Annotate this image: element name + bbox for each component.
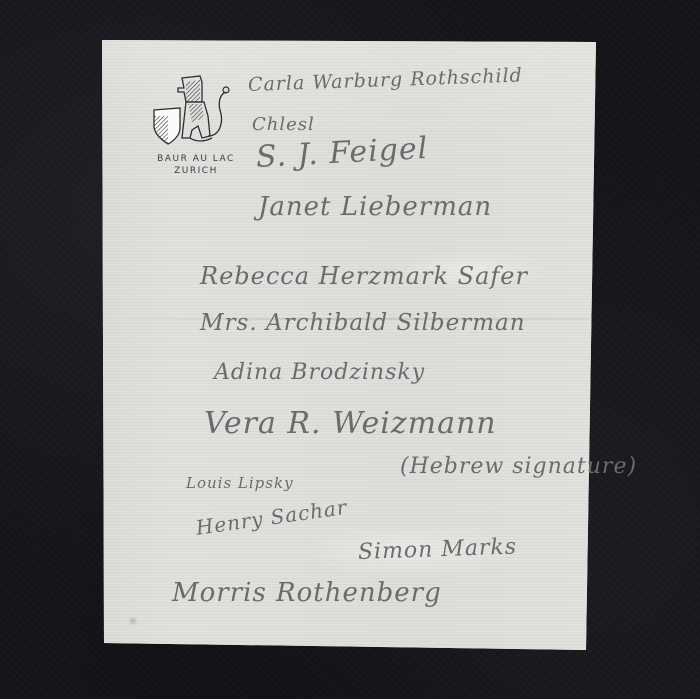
- signature: Morris Rothenberg: [172, 578, 442, 608]
- signature: Chlesl: [252, 114, 315, 135]
- hebrew-signature: (Hebrew signature): [400, 454, 637, 479]
- signature: Louis Lipsky: [186, 474, 294, 492]
- signature: Mrs. Archibald Silberman: [200, 310, 526, 336]
- signature: Vera R. Weizmann: [204, 406, 497, 441]
- hotel-name: BAUR AU LAC: [146, 154, 246, 164]
- signature: Janet Lieberman: [258, 192, 492, 222]
- lion-with-shield-icon: [146, 70, 246, 152]
- hotel-city: ZURICH: [146, 166, 246, 176]
- hotel-letterhead-logo: BAUR AU LAC ZURICH: [146, 70, 246, 180]
- paper-stain: [128, 616, 138, 626]
- signature: Adina Brodzinsky: [214, 360, 425, 385]
- signature: Rebecca Herzmark Safer: [200, 262, 528, 290]
